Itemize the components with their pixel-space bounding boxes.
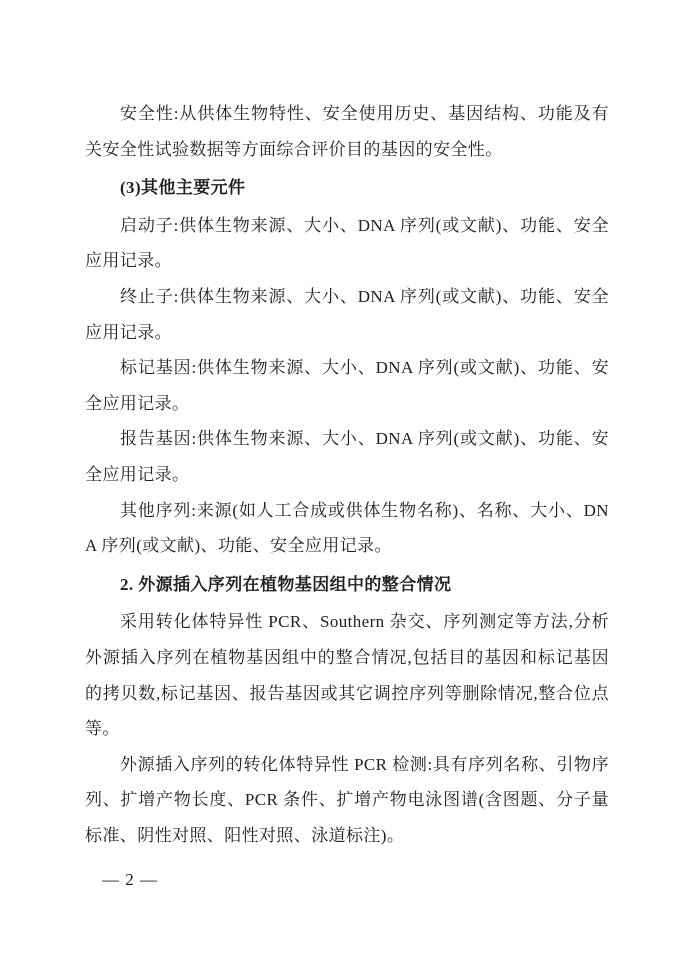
paragraph-reporter-gene: 报告基因:供体生物来源、大小、DNA 序列(或文献)、功能、安全应用记录。 xyxy=(85,421,609,492)
heading-integration-in-genome: 2. 外源插入序列在植物基因组中的整合情况 xyxy=(85,567,609,603)
heading-other-main-elements: (3)其他主要元件 xyxy=(85,170,609,206)
document-page: 安全性:从供体生物特性、安全使用历史、基因结构、功能及有关安全性试验数据等方面综… xyxy=(0,0,690,975)
paragraph-pcr-detection: 外源插入序列的转化体特异性 PCR 检测:具有序列名称、引物序列、扩增产物长度、… xyxy=(85,747,609,854)
paragraph-other-sequences: 其他序列:来源(如人工合成或供体生物名称)、名称、大小、DNA 序列(或文献)、… xyxy=(85,493,609,564)
document-content: 安全性:从供体生物特性、安全使用历史、基因结构、功能及有关安全性试验数据等方面综… xyxy=(85,96,609,853)
page-number: — 2 — xyxy=(102,870,158,889)
page-footer: — 2 — xyxy=(102,870,158,890)
paragraph-promoter: 启动子:供体生物来源、大小、DNA 序列(或文献)、功能、安全应用记录。 xyxy=(85,208,609,279)
paragraph-terminator: 终止子:供体生物来源、大小、DNA 序列(或文献)、功能、安全应用记录。 xyxy=(85,279,609,350)
paragraph-marker-gene: 标记基因:供体生物来源、大小、DNA 序列(或文献)、功能、安全应用记录。 xyxy=(85,350,609,421)
paragraph-integration-analysis: 采用转化体特异性 PCR、Southern 杂交、序列测定等方法,分析外源插入序… xyxy=(85,604,609,746)
paragraph-gene-safety: 安全性:从供体生物特性、安全使用历史、基因结构、功能及有关安全性试验数据等方面综… xyxy=(85,96,609,167)
